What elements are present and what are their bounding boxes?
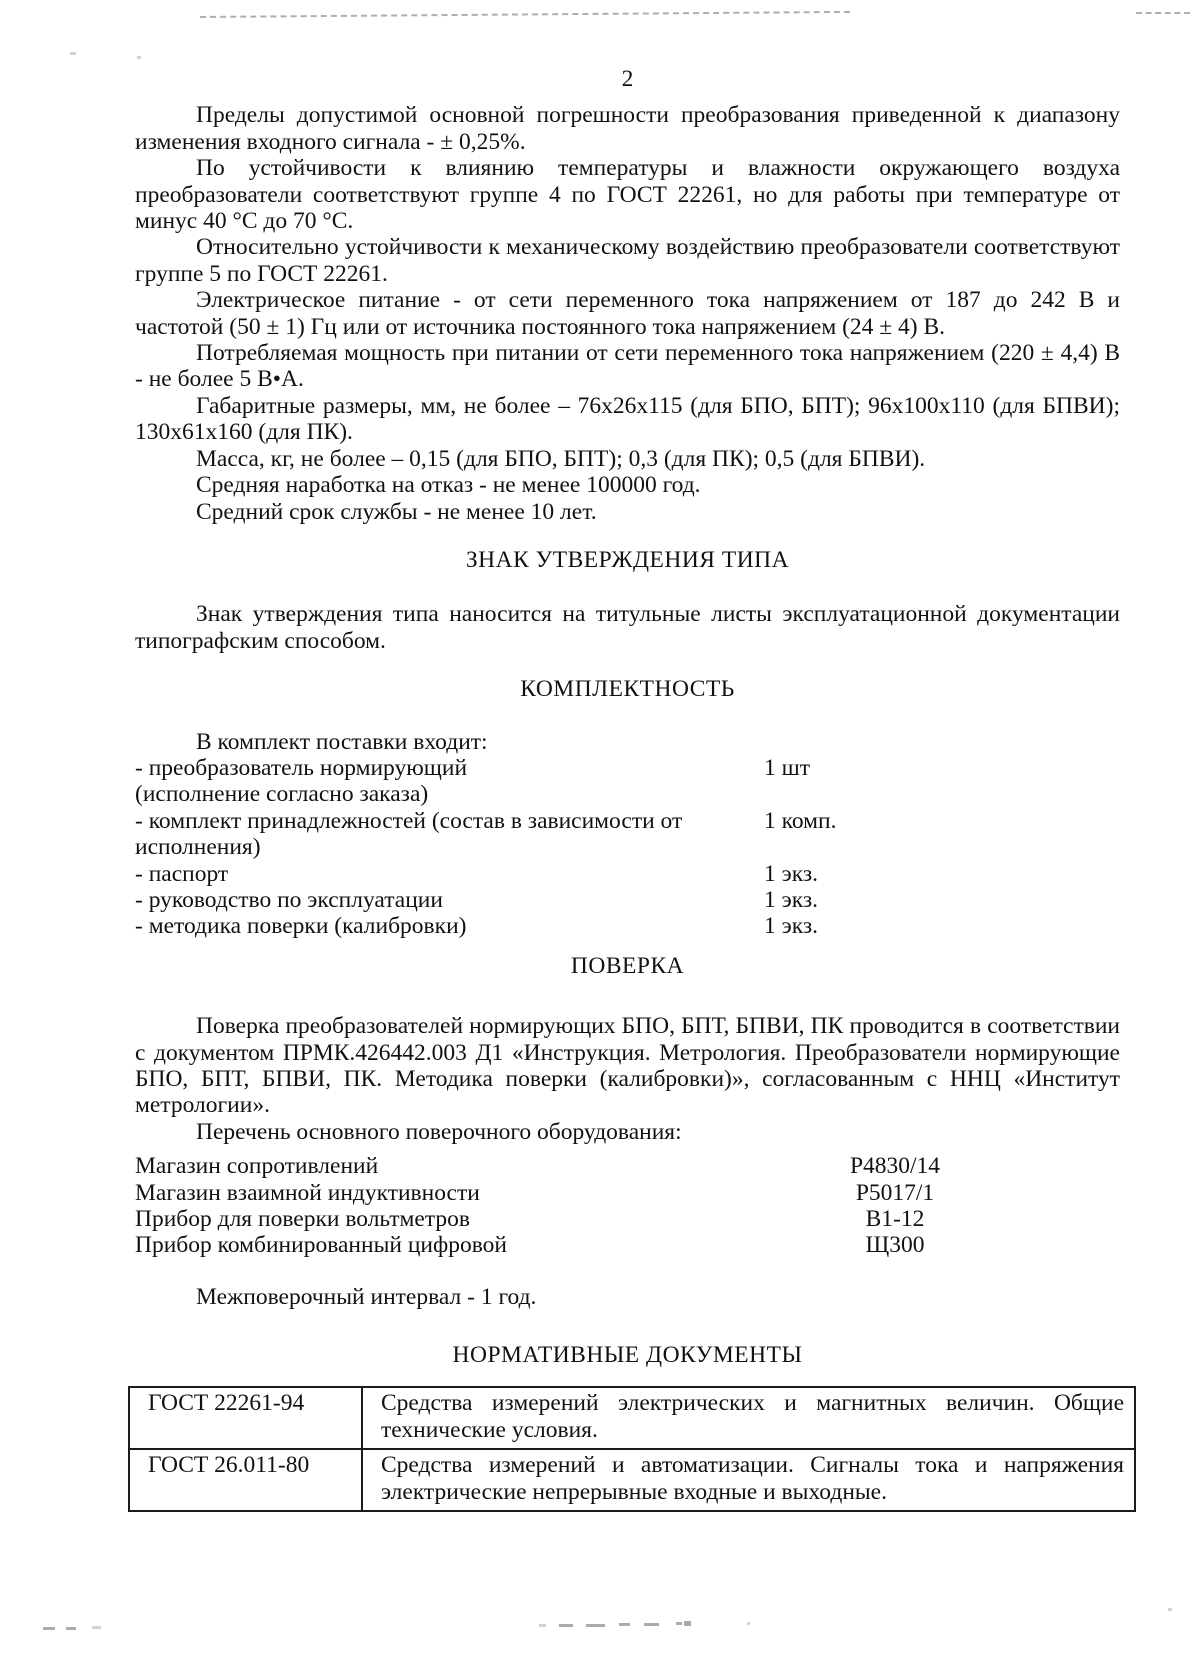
equipment-row: Прибор комбинированный цифровой Щ300 [135,1232,1120,1258]
supply-list: - преобразователь нормирующий (исполнени… [135,755,1120,940]
spec-paragraph: Средний срок службы - не менее 10 лет. [135,499,1120,525]
gost-code-cell: ГОСТ 22261-94 [129,1387,362,1449]
supply-item-qty: 1 экз. [764,861,818,887]
supply-item-qty: 1 экз. [764,887,818,913]
verification-text: Поверка преобразователей нормирующих БПО… [135,1013,1120,1119]
supply-list-item: - паспорт 1 экз. [135,861,1120,887]
supply-item-qty: 1 комп. [764,808,836,834]
equipment-row: Магазин взаимной индуктивности Р5017/1 [135,1180,1120,1206]
type-approval-text: Знак утверждения типа наносится на титул… [135,601,1120,654]
spec-paragraph: Потребляемая мощность при питании от сет… [135,340,1120,393]
supply-item-label: - паспорт [135,861,775,887]
verification-interval: Межповерочный интервал - 1 год. [135,1284,1120,1310]
equipment-name: Прибор комбинированный цифровой [135,1232,507,1258]
normative-table: ГОСТ 22261-94 Средства измерений электри… [128,1386,1136,1512]
technical-specs-section: Пределы допустимой основной погрешности … [135,102,1120,525]
spec-paragraph: Электрическое питание - от сети переменн… [135,287,1120,340]
scanned-document-page: { "page": { "number": "2" }, "specs": { … [0,0,1204,1676]
supply-item-label: - методика поверки (калибровки) [135,913,775,939]
equipment-name: Магазин сопротивлений [135,1153,378,1179]
supply-list-intro: В комплект поставки входит: [135,729,1120,755]
table-row: ГОСТ 26.011-80 Средства измерений и авто… [129,1449,1135,1511]
supply-item-label: - преобразователь нормирующий [135,755,775,781]
equipment-row: Прибор для поверки вольтметров В1-12 [135,1206,1120,1232]
gost-description-cell: Средства измерений электрических и магни… [362,1387,1135,1449]
spec-paragraph: Масса, кг, не более – 0,15 (для БПО, БПТ… [135,446,1120,472]
supply-item-label: - комплект принадлежностей (состав в зав… [135,808,775,834]
supply-item-label: - руководство по эксплуатации [135,887,775,913]
spec-paragraph: По устойчивости к влиянию температуры и … [135,155,1120,234]
supply-list-item: - преобразователь нормирующий (исполнени… [135,755,1120,808]
equipment-model: Р4830/14 [795,1153,995,1179]
page-number: 2 [135,0,1120,92]
table-row: ГОСТ 22261-94 Средства измерений электри… [129,1387,1135,1449]
spec-paragraph: Габаритные размеры, мм, не более – 76х26… [135,393,1120,446]
equipment-model: Р5017/1 [795,1180,995,1206]
spec-paragraph: Относительно устойчивости к механическом… [135,234,1120,287]
supply-item-qty: 1 экз. [764,913,818,939]
gost-code-cell: ГОСТ 26.011-80 [129,1449,362,1511]
supply-item-label-cont: исполнения) [135,834,775,860]
supply-item-qty: 1 шт [764,755,810,781]
supply-list-item: - комплект принадлежностей (состав в зав… [135,808,1120,861]
equipment-model: Щ300 [795,1232,995,1258]
supply-list-item: - руководство по эксплуатации 1 экз. [135,887,1120,913]
spec-paragraph: Пределы допустимой основной погрешности … [135,102,1120,155]
equipment-row: Магазин сопротивлений Р4830/14 [135,1153,1120,1179]
supply-item-label-cont: (исполнение согласно заказа) [135,781,775,807]
section-title-normative: НОРМАТИВНЫЕ ДОКУМЕНТЫ [135,1342,1120,1368]
gost-description-cell: Средства измерений и автоматизации. Сигн… [362,1449,1135,1511]
document-sheet: 2 Пределы допустимой основной погрешност… [0,0,1204,1676]
supply-list-item: - методика поверки (калибровки) 1 экз. [135,913,1120,939]
equipment-list-intro: Перечень основного поверочного оборудова… [135,1119,1120,1145]
equipment-list: Магазин сопротивлений Р4830/14 Магазин в… [135,1153,1120,1259]
section-title-type-approval: ЗНАК УТВЕРЖДЕНИЯ ТИПА [135,547,1120,573]
section-title-verification: ПОВЕРКА [135,953,1120,979]
spec-paragraph: Средняя наработка на отказ - не менее 10… [135,472,1120,498]
equipment-name: Прибор для поверки вольтметров [135,1206,470,1232]
equipment-name: Магазин взаимной индуктивности [135,1180,480,1206]
equipment-model: В1-12 [795,1206,995,1232]
section-title-completeness: КОМПЛЕКТНОСТЬ [135,676,1120,702]
